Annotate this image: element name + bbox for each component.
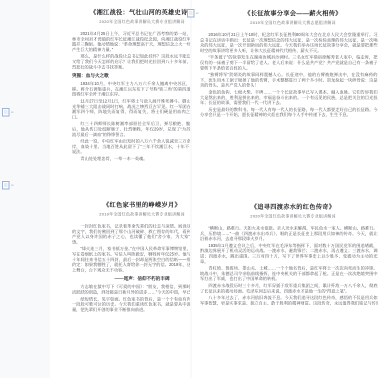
paragraph: “横断山，路难行。天如火来水似银。亲人送水来解渴，军民鱼水一家人。横断山，路难行…	[200, 226, 378, 242]
section-heading: 突围：血与火之歌	[72, 73, 190, 79]
doc1-title: 《湘江战役：气壮山河的英雄史诗》	[72, 8, 190, 17]
paragraph: 四渡赤水战役历时三个多月，红军穿插于敌军重兵集团之间，累计歼敌一万八千余人，彻底…	[200, 283, 378, 294]
paragraph: 2016年10月21日上午10时，纪念红军长征胜利80周年大会在北京人民大会堂隆…	[200, 32, 378, 53]
document-icon	[187, 9, 199, 18]
paragraph: “独臂将军”贺炳炎的故事同样震撼人心。长征途中，他的右臂被炮弹击中，在没有麻药的…	[200, 72, 378, 88]
paragraph: 那么，是什么样的战役让总书记如此挂怀？这段永远不能忘记的历史，又给了我们今天怎样…	[72, 54, 190, 70]
paragraph: 11月27日至12月1日，红军将士与敌人展开殊死搏斗。脚山铺、新圩、光华铺三大阻…	[72, 98, 190, 119]
paragraph: 方志敏在狱中写下《可爱的中国》：“朋友，我相信，到那时，到处都是活跃跃的创造，到…	[72, 284, 190, 295]
paragraph: 经此一役，中央红军由出发时的八万六千余人锐减至三万余人。湘江两岸，血染十里。当地…	[72, 139, 190, 155]
paragraph: 纸短情长，见字如面。红色家书的背后，是一个个有血有肉的生命，是一段段可歌可泣的历…	[72, 296, 190, 312]
dash-handle	[11, 112, 14, 113]
doc2-title: 《长征故事分享会——薪火相传》	[200, 9, 378, 18]
paragraph: 1934年10月，中央红军主力八万六千余人撤离中央苏区，开始战略转移。蒋介石调集…	[72, 81, 190, 97]
document-page-1[interactable]: 《湘江战役：气壮山河的英雄史诗》 2020年全国红色故事讲解员大赛专业组讲解词 …	[50, 0, 190, 190]
paragraph: 一封封红色家书，记录着革命先辈们的壮志与深情。展读这些穿越烽火的文字，我们仿佛回…	[72, 224, 190, 245]
dash-handle	[11, 185, 14, 186]
doc1-subtitle: 2020年全国红色故事讲解员大赛专业组讲解词	[72, 19, 190, 25]
document-page-3[interactable]: 《红色家书里的峥嵘岁月》 2019年全国红色故事讲解员大赛专业组讲解词 一封封红…	[50, 190, 190, 378]
paragraph: 红三十四师师长陈树湘率部担任全军后卫，弹尽粮绝、腹部中弹被俘后，他从伤口处绞断肠…	[72, 121, 190, 137]
document-canvas: 《湘江战役：气壮山河的英雄史诗》 2020年全国红色故事讲解员大赛专业组讲解词 …	[0, 0, 378, 378]
paragraph: 2021年4月25日上午，习近平总书记在广西考察的第一站，来到位于桂林市全州县才…	[72, 31, 190, 52]
paragraph: 青山处处埋忠骨，一草一木一英魂。	[72, 156, 190, 161]
doc2-subtitle: 2019年全国红色故事讲解员大赛志愿组讲解词	[200, 20, 378, 26]
page-marker-document-icon[interactable]	[187, 9, 199, 18]
doc2-body: 2016年10月21日上午10时，纪念红军长征胜利80周年大会在北京人民大会堂隆…	[200, 32, 378, 117]
document-page-4[interactable]: 《追寻四渡赤水的红色传奇》 2020年全国红色故事讲解员大赛专业组讲解词 “横断…	[192, 190, 378, 378]
paragraph: 八十多年过去了，赤水河依旧奔流不息。今天我们追寻这段红色传奇，感悟的不仅是用兵如…	[200, 295, 378, 306]
doc3-body: 一封封红色家书，记录着革命先辈们的壮志与深情。展读这些穿越烽火的文字，我们仿佛回…	[72, 224, 190, 313]
doc4-subtitle: 2020年全国红色故事讲解员大赛专业组讲解词	[200, 214, 378, 220]
document-icon	[2, 108, 14, 117]
paragraph: “半条被子”的故事发生在湖南汝城县沙洲村。三名女红军借宿徐解秀老人家中，临走时，…	[200, 55, 378, 71]
paragraph: 历史是最好的教科书。每一代人有每一代人的长征路，每一代人都要走好自己的长征路。今…	[200, 107, 378, 118]
doc4-title: 《追寻四渡赤水的红色传奇》	[200, 202, 378, 211]
page-marker-document-icon[interactable]	[2, 181, 14, 190]
section-heading: ——尾声：信仰不朽的丰碑	[72, 276, 190, 282]
doc1-body: 2021年4月25日上午，习近平总书记在广西考察的第一站，来到位于桂林市全州县才…	[72, 31, 190, 161]
doc3-subtitle: 2019年全国红色故事讲解员大赛专业组讲解词	[72, 212, 190, 218]
doc3-title: 《红色家书里的峥嵘岁月》	[72, 200, 190, 209]
paragraph: 1935年1月遵义会议之后，中央红军在毛泽东等指挥下，面对数十万国民党军的围追堵…	[200, 243, 378, 264]
dash-handle	[196, 13, 199, 14]
paragraph: 青杠坡、鲁班场、娄山关、土城……一个个地名背后，是红军将士一次次向死而生的冲锋。…	[200, 266, 378, 282]
page-marker-document-icon[interactable]	[2, 108, 14, 117]
doc4-body: “横断山，路难行。天如火来水似银。亲人送水来解渴，军民鱼水一家人。横断山，路难行…	[200, 226, 378, 306]
document-page-2[interactable]: 《长征故事分享会——薪火相传》 2019年全国红色故事讲解员大赛志愿组讲解词 2…	[192, 0, 378, 190]
paragraph: 金色的鱼钩、七根火柴、丰碑……一个个长征故事早已写入课本、融入血脉。它们告诉我们…	[200, 89, 378, 105]
document-icon	[2, 181, 14, 190]
paragraph: “烽火连三月，家书抵万金。”在中国人民革命军事博物馆里，珍藏着一封写在卷烟纸上的…	[72, 246, 190, 272]
